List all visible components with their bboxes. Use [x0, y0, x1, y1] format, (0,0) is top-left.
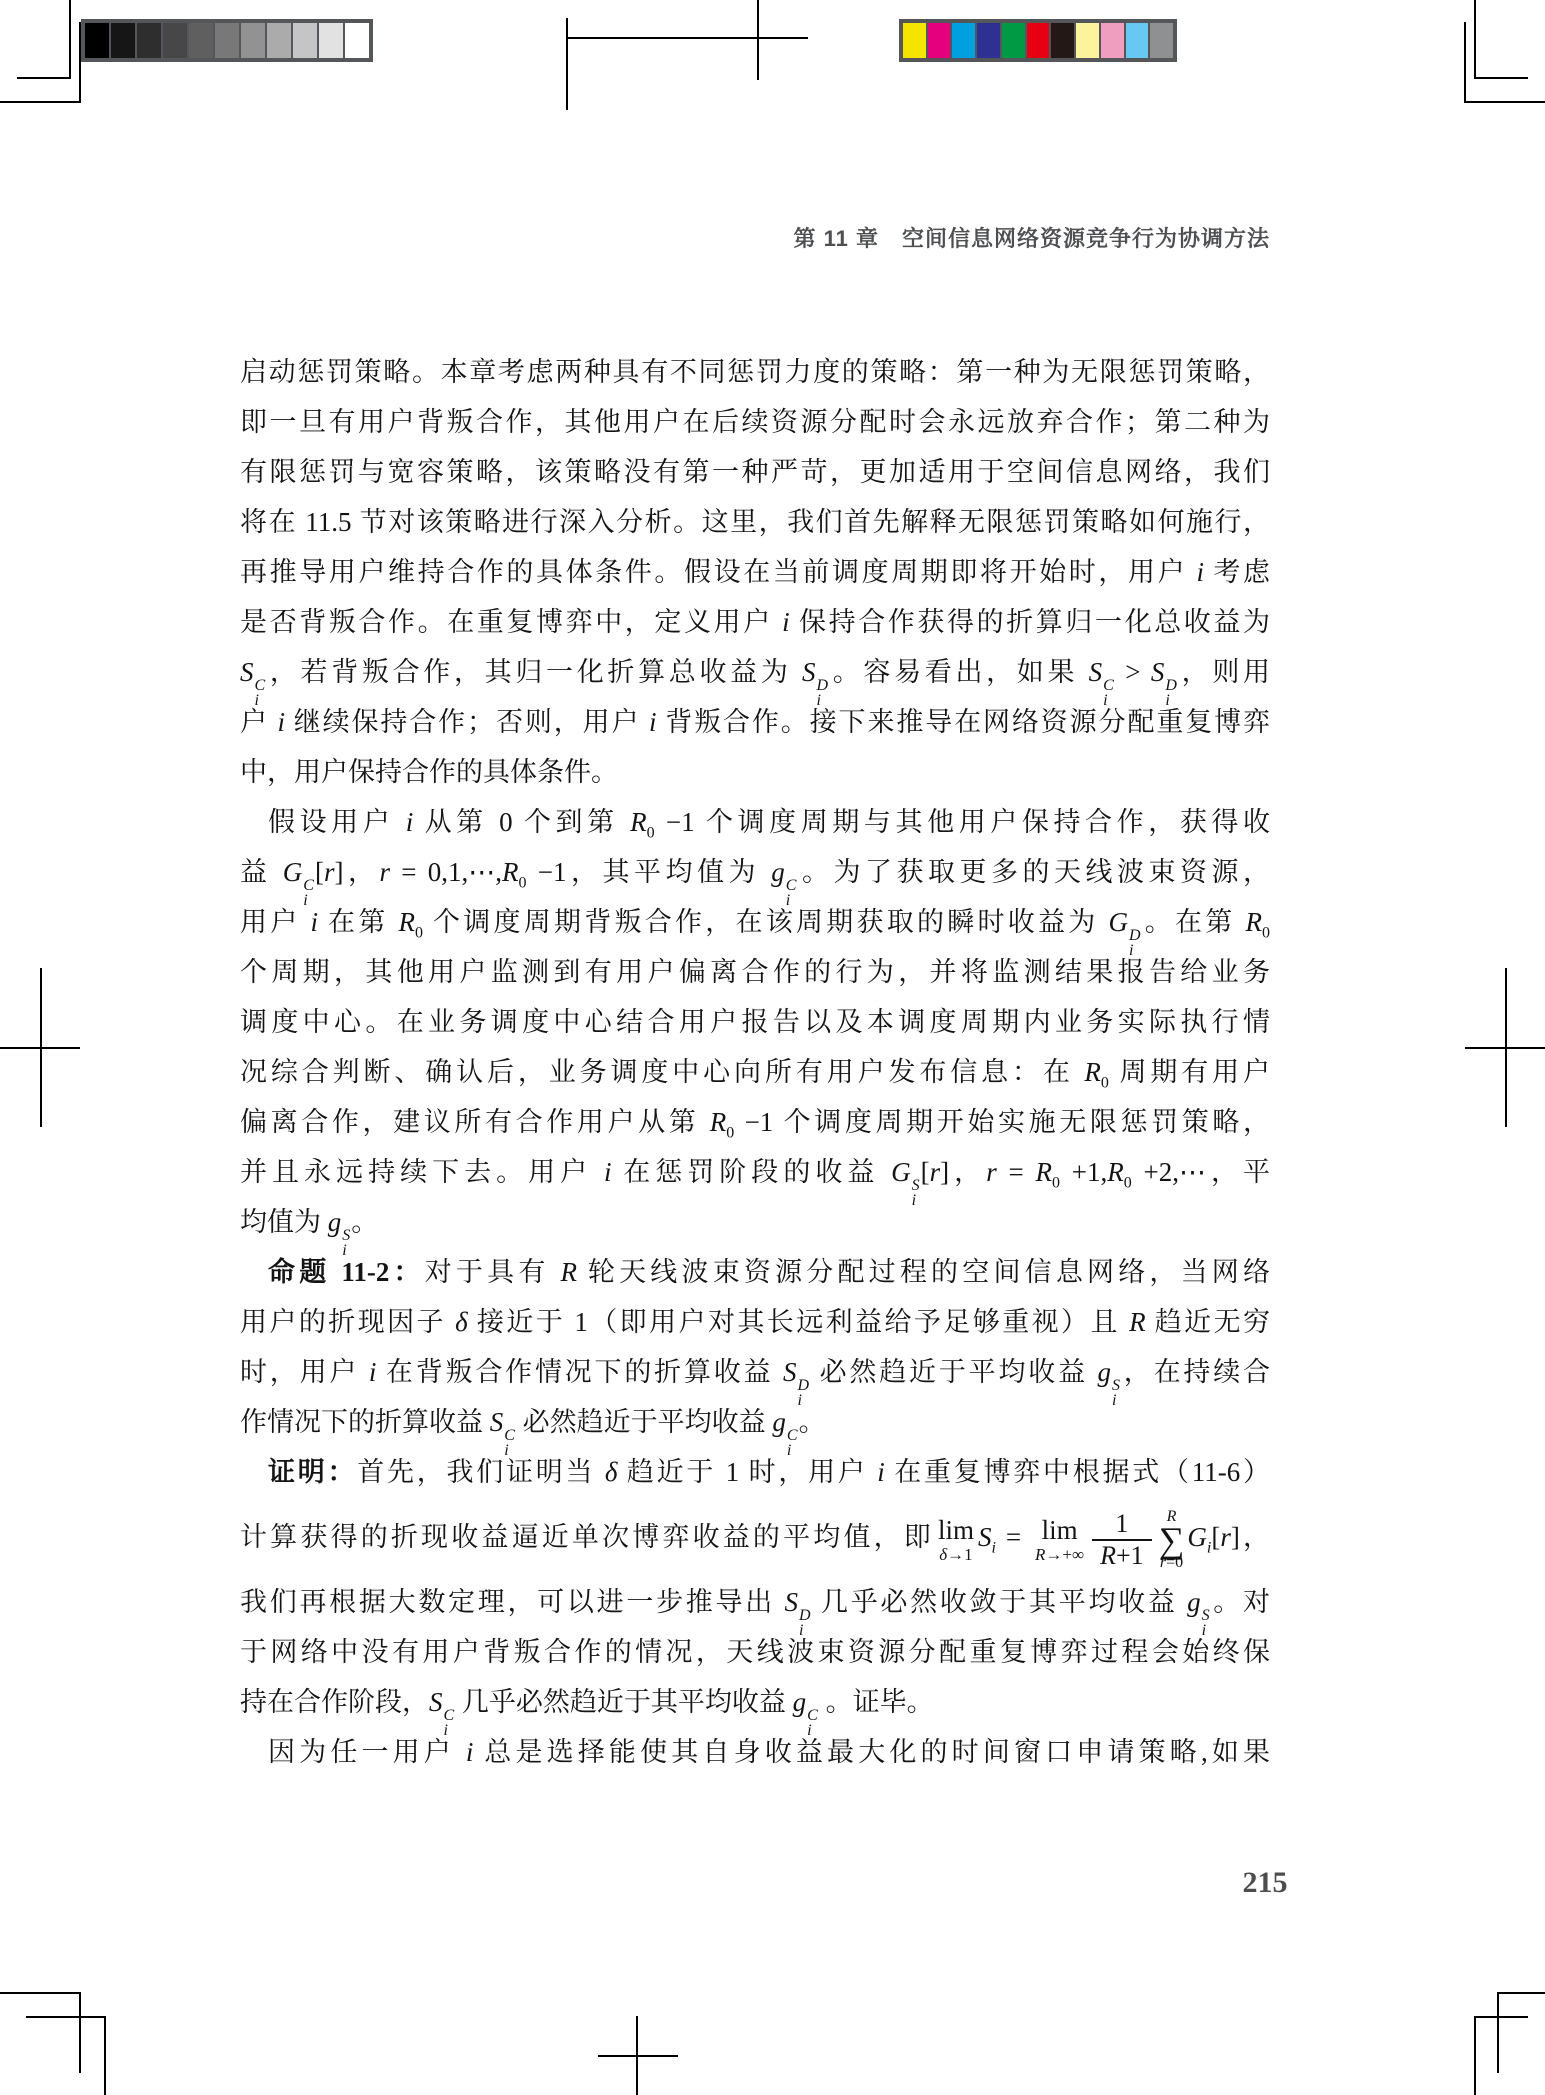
text-line-2: 即一旦有用户背叛合作，其他用户在后续资源分配时会永远放弃合作；第二种为 — [240, 397, 1270, 447]
crop-mark-top-left — [69, 0, 71, 79]
grayscale-swatch — [85, 23, 109, 58]
color-swatch — [1002, 23, 1025, 58]
color-swatch — [977, 23, 1000, 58]
crop-mark-top-right — [1464, 101, 1545, 103]
crop-mark-bottom-right — [1497, 1992, 1545, 1994]
scanned-book-page: 第 11 章 空间信息网络资源竞争行为协调方法 启动惩罚策略。本章考虑两种具有不… — [0, 0, 1545, 2095]
grayscale-swatch — [267, 23, 291, 58]
page-number: 215 — [1225, 1866, 1305, 1900]
grayscale-swatch — [215, 23, 239, 58]
grayscale-calibration-bar — [81, 19, 373, 62]
crop-mark-bottom-left — [79, 1992, 81, 2073]
crop-mark-top-left — [0, 101, 81, 103]
color-swatch — [1051, 23, 1074, 58]
crop-mark-bottom-right — [1474, 2016, 1476, 2095]
grayscale-swatch — [189, 23, 213, 58]
text-line-7: SCi，若背叛合作，其归一化折算总收益为 SDi。容易看出，如果 SCi > S… — [240, 647, 1270, 697]
color-swatch — [1126, 23, 1149, 58]
crop-mark-bottom-left — [104, 2016, 106, 2095]
grayscale-swatch — [319, 23, 343, 58]
registration-mark-right-center — [1465, 1047, 1545, 1049]
grayscale-swatch — [111, 23, 135, 58]
text-line-14: 调度中心。在业务调度中心结合用户报告以及本调度周期内业务实际执行情 — [240, 997, 1270, 1047]
text-line-6: 是否背叛合作。在重复博弈中，定义用户 i 保持合作获得的折算归一化总收益为 — [240, 597, 1270, 647]
text-line-12: 用户 i 在第 R0 个调度周期背叛合作，在该周期获取的瞬时收益为 GDi。在第… — [240, 897, 1270, 947]
text-line-28: 因为任一用户 i 总是选择能使其自身收益最大化的时间窗口申请策略,如果 — [240, 1727, 1270, 1777]
color-swatch — [928, 23, 951, 58]
text-line-15: 况综合判断、确认后，业务调度中心向所有用户发布信息：在 R0 周期有用户 — [240, 1047, 1270, 1097]
color-swatch — [1101, 23, 1124, 58]
color-swatch — [903, 23, 926, 58]
text-line-4: 将在 11.5 节对该策略进行深入分析。这里，我们首先解释无限惩罚策略如何施行， — [240, 497, 1270, 547]
text-line-9: 中，用户保持合作的具体条件。 — [240, 747, 1270, 797]
crop-mark-bottom-right — [1497, 1992, 1499, 2073]
text-line-27: 持在合作阶段，SCi 几乎必然趋近于其平均收益 gCi 。证毕。 — [240, 1677, 1270, 1727]
color-swatch — [1076, 23, 1099, 58]
text-line-17: 并且永远持续下去。用户 i 在惩罚阶段的收益 GSi[r]，r = R0 +1,… — [240, 1147, 1270, 1197]
text-line-26: 于网络中没有用户背叛合作的情况，天线波束资源分配重复博弈过程会始终保 — [240, 1627, 1270, 1677]
text-line-10: 假设用户 i 从第 0 个到第 R0 −1 个调度周期与其他用户保持合作，获得收 — [240, 797, 1270, 847]
registration-mark-top-center — [566, 18, 568, 110]
text-line-11: 益 GCi[r]，r = 0,1,⋯,R0 −1，其平均值为 gCi。为了获取更… — [240, 847, 1270, 897]
text-line-21: 时，用户 i 在背叛合作情况下的折算收益 SDi 必然趋近于平均收益 gSi，在… — [240, 1347, 1270, 1397]
crop-mark-top-right — [1474, 0, 1476, 79]
registration-mark-top-center — [566, 37, 808, 39]
crop-mark-bottom-right — [1474, 2016, 1528, 2018]
color-swatch — [1150, 23, 1173, 58]
registration-mark-top-center — [757, 0, 759, 80]
text-line-5: 再推导用户维持合作的具体条件。假设在当前调度周期即将开始时，用户 i 考虑 — [240, 547, 1270, 597]
grayscale-swatch — [137, 23, 161, 58]
text-line-13: 个周期，其他用户监测到有用户偏离合作的行为，并将监测结果报告给业务 — [240, 947, 1270, 997]
crop-mark-top-right — [1464, 22, 1466, 103]
crop-mark-top-left — [17, 77, 71, 79]
color-swatch — [952, 23, 975, 58]
text-line-25: 我们再根据大数定理，可以进一步推导出 SDi 几乎必然收敛于其平均收益 gSi。… — [240, 1577, 1270, 1627]
text-line-16: 偏离合作，建议所有合作用户从第 R0 −1 个调度周期开始实施无限惩罚策略， — [240, 1097, 1270, 1147]
running-header-chapter-title: 第 11 章 空间信息网络资源竞争行为协调方法 — [240, 222, 1270, 253]
text-line-8: 户 i 继续保持合作；否则，用户 i 背叛合作。接下来推导在网络资源分配重复博弈 — [240, 697, 1270, 747]
crop-mark-top-right — [1474, 77, 1528, 79]
color-calibration-bar — [899, 19, 1177, 62]
text-line-20: 用户的折现因子 δ 接近于 1（即用户对其长远利益给予足够重视）且 R 趋近无穷 — [240, 1297, 1270, 1347]
color-swatch — [1027, 23, 1050, 58]
grayscale-swatch — [293, 23, 317, 58]
grayscale-swatch — [163, 23, 187, 58]
text-line-3: 有限惩罚与宽容策略，该策略没有第一种严苛，更加适用于空间信息网络，我们 — [240, 447, 1270, 497]
text-line-18: 均值为 gSi。 — [240, 1197, 1270, 1247]
text-line-1: 启动惩罚策略。本章考虑两种具有不同惩罚力度的策略：第一种为无限惩罚策略， — [240, 347, 1270, 397]
crop-mark-bottom-left — [0, 1992, 81, 1994]
text-line-19: 命题 11-2：对于具有 R 轮天线波束资源分配过程的空间信息网络，当网络 — [240, 1247, 1270, 1297]
registration-mark-bottom-center — [598, 2055, 678, 2057]
grayscale-swatch — [241, 23, 265, 58]
registration-mark-left-center — [0, 1047, 80, 1049]
text-line-23: 证明：首先，我们证明当 δ 趋近于 1 时，用户 i 在重复博弈中根据式（11-… — [240, 1447, 1270, 1497]
text-line-24: 计算获得的折现收益逼近单次博弈收益的平均值，即limδ→1Si = limR→+… — [240, 1497, 1270, 1577]
grayscale-swatch — [345, 23, 369, 58]
crop-mark-bottom-left — [26, 2016, 106, 2018]
body-text: 启动惩罚策略。本章考虑两种具有不同惩罚力度的策略：第一种为无限惩罚策略，即一旦有… — [240, 347, 1270, 1777]
